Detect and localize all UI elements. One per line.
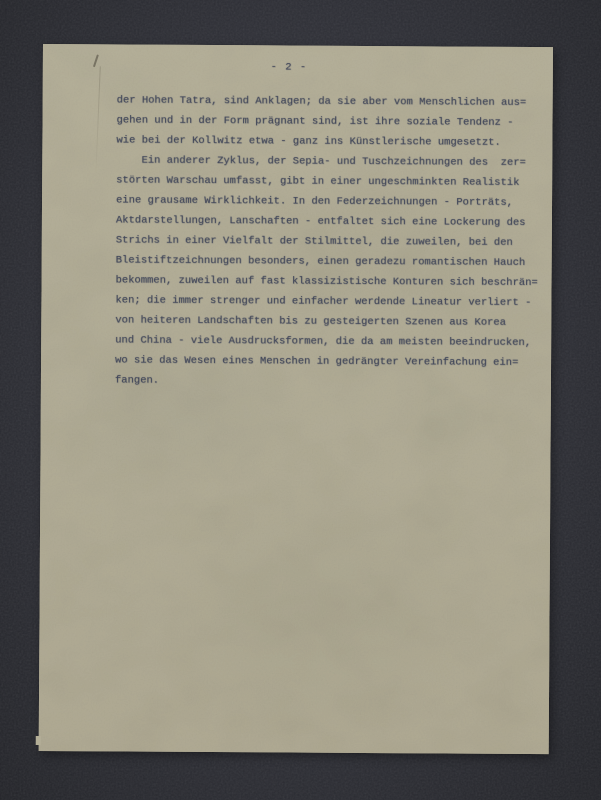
typescript-line: wie bei der Kollwitz etwa - ganz ins Kün… bbox=[116, 130, 538, 153]
page-number: - 2 - bbox=[43, 60, 535, 75]
typescript-line: ken; die immer strenger und einfacher we… bbox=[115, 290, 537, 313]
typescript-line: Ein anderer Zyklus, der Sepia- und Tusch… bbox=[116, 150, 538, 173]
document-page: - 2 - der Hohen Tatra, sind Anklagen; da… bbox=[39, 44, 553, 754]
typescript-text-layer: - 2 - der Hohen Tatra, sind Anklagen; da… bbox=[39, 44, 553, 754]
typescript-line: bekommen, zuweilen auf fast klassizistis… bbox=[115, 270, 537, 293]
typescript-line: gehen und in der Form prägnant sind, ist… bbox=[116, 110, 538, 133]
typescript-line: Aktdarstellungen, Lanschaften - entfalte… bbox=[116, 210, 538, 233]
typescript-line: wo sie das Wesen eines Menschen in gedrä… bbox=[115, 350, 537, 373]
typescript-line: fangen. bbox=[115, 370, 537, 393]
typescript-line: Bleistiftzeichnungen besonders, einen ge… bbox=[116, 250, 538, 273]
typescript-body: der Hohen Tatra, sind Anklagen; da sie a… bbox=[115, 90, 539, 393]
typescript-line: eine grausame Wirklichkeit. In den Feder… bbox=[116, 190, 538, 213]
typescript-line: und China - viele Ausdrucksformen, die d… bbox=[115, 330, 537, 353]
typescript-line: Strichs in einer Vielfalt der Stilmittel… bbox=[116, 230, 538, 253]
typescript-line: störten Warschau umfasst, gibt in einer … bbox=[116, 170, 538, 193]
typescript-line: der Hohen Tatra, sind Anklagen; da sie a… bbox=[117, 90, 539, 113]
scan-backdrop: - 2 - der Hohen Tatra, sind Anklagen; da… bbox=[0, 0, 601, 800]
typescript-line: von heiteren Landschaften bis zu gesteig… bbox=[115, 310, 537, 333]
